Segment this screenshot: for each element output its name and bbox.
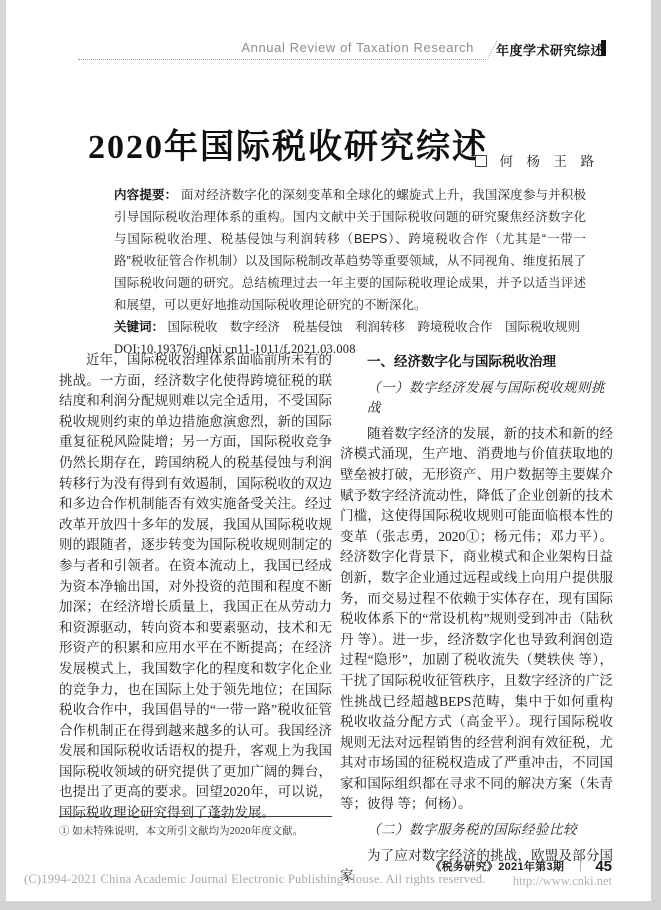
- section-1-2-subheading: （二）数字服务税的国际经验比较: [367, 820, 613, 841]
- copyright-notice: (C)1994-2021 China Academic Journal Elec…: [24, 872, 486, 887]
- abstract-block: 内容提要： 面对经济数字化的深刻变革和全球化的螺旋式上升，我国深度参与并积极引导…: [114, 184, 586, 360]
- scan-edge-bottom: [0, 901, 661, 910]
- authors-line: 何 杨 王 路: [0, 150, 594, 170]
- abstract-text: 面对经济数字化的深刻变革和全球化的螺旋式上升，我国深度参与并积极引导国际税收治理…: [114, 188, 586, 312]
- page-number: 45: [595, 858, 612, 875]
- body-column-left: 近年，国际税收治理体系面临前所未有的挑战。一方面，经济数字化使得跨境征税的联结度…: [59, 350, 332, 824]
- section-1-1-subheading: （一）数字经济发展与国际税收规则挑战: [367, 378, 613, 419]
- header-black-bar: [601, 40, 606, 56]
- keywords-line: 关键词： 国际税收 数字经济 税基侵蚀 利润转移 跨境税收合作 国际税收规则: [114, 316, 586, 338]
- body-column-right: 一、经济数字化与国际税收治理 （一）数字经济发展与国际税收规则挑战 随着数字经济…: [340, 350, 613, 887]
- keywords-text: 国际税收 数字经济 税基侵蚀 利润转移 跨境税收合作 国际税收规则: [168, 320, 581, 334]
- header-section-chinese: 年度学术研究综述: [496, 40, 604, 59]
- paper-page: Annual Review of Taxation Research 年度学术研…: [0, 0, 661, 910]
- header-journal-english: Annual Review of Taxation Research: [78, 40, 486, 60]
- section-1-heading: 一、经济数字化与国际税收治理: [367, 352, 613, 373]
- intro-paragraph: 近年，国际税收治理体系面临前所未有的挑战。一方面，经济数字化使得跨境征税的联结度…: [59, 350, 332, 824]
- keywords-label: 关键词：: [114, 320, 164, 334]
- section-1-1-paragraph: 随着数字经济的发展，新的技术和新的经济模式涌现，生产地、消费地与价值获取地的壁垒…: [340, 424, 613, 815]
- author-marker-square-icon: [475, 155, 487, 167]
- abstract-label: 内容提要：: [114, 188, 177, 202]
- scan-edge-right: [651, 0, 661, 910]
- cnki-url: http://www.cnki.net: [513, 874, 612, 889]
- author-names: 何 杨 王 路: [500, 154, 595, 169]
- footnote: ① 如未特殊说明，本文所引文献均为2020年度文献。: [59, 816, 332, 839]
- footer-separator: ｜: [575, 861, 586, 873]
- abstract-paragraph: 内容提要： 面对经济数字化的深刻变革和全球化的螺旋式上升，我国深度参与并积极引导…: [114, 184, 586, 316]
- scan-edge-left: [0, 0, 6, 910]
